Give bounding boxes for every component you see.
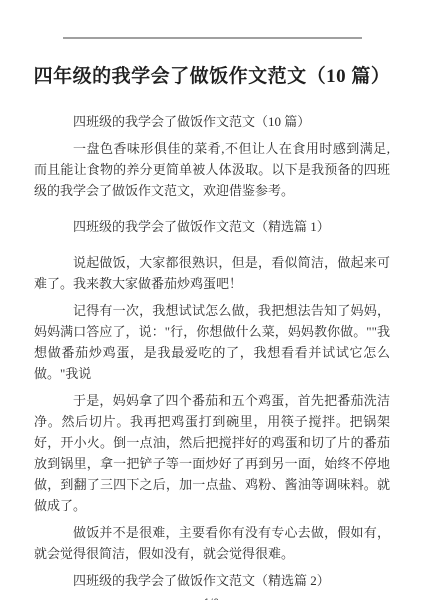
intro-paragraph: 一盘色香味形俱佳的菜肴,不但让人在食用时感到满足,而且能让食物的养分更简单被人体…	[34, 138, 390, 201]
body-paragraph: 说起做饭，大家都很熟识，但是，看似简洁，做起来可难了。我来教大家做番茄炒鸡蛋吧！	[34, 252, 390, 294]
body-paragraph: 做饭并不是很难，主要看你有没有专心去做，假如有，就会觉得很简洁，假如没有，就会觉…	[34, 522, 390, 564]
document-body: 四班级的我学会了做饭作文范文（10 篇） 一盘色香味形俱佳的菜肴,不但让人在食用…	[0, 111, 424, 591]
body-paragraph: 于是，妈妈拿了四个番茄和五个鸡蛋，首先把番茄洗洁净。然后切片。我再把鸡蛋打到碗里…	[34, 390, 390, 516]
section-heading-1: 四班级的我学会了做饭作文范文（精选篇 1）	[34, 216, 390, 237]
section-heading-2: 四班级的我学会了做饭作文范文（精选篇 2）	[34, 570, 390, 591]
subtitle-line: 四班级的我学会了做饭作文范文（10 篇）	[34, 111, 390, 132]
document-page: 四年级的我学会了做饭作文范文（10 篇） 四班级的我学会了做饭作文范文（10 篇…	[0, 0, 424, 600]
document-title: 四年级的我学会了做饭作文范文（10 篇）	[20, 63, 404, 90]
body-paragraph: 记得有一次，我想试试怎么做，我把想法告知了妈妈，妈妈满口答应了，说："行，你想做…	[34, 300, 390, 384]
header-divider	[63, 37, 362, 39]
